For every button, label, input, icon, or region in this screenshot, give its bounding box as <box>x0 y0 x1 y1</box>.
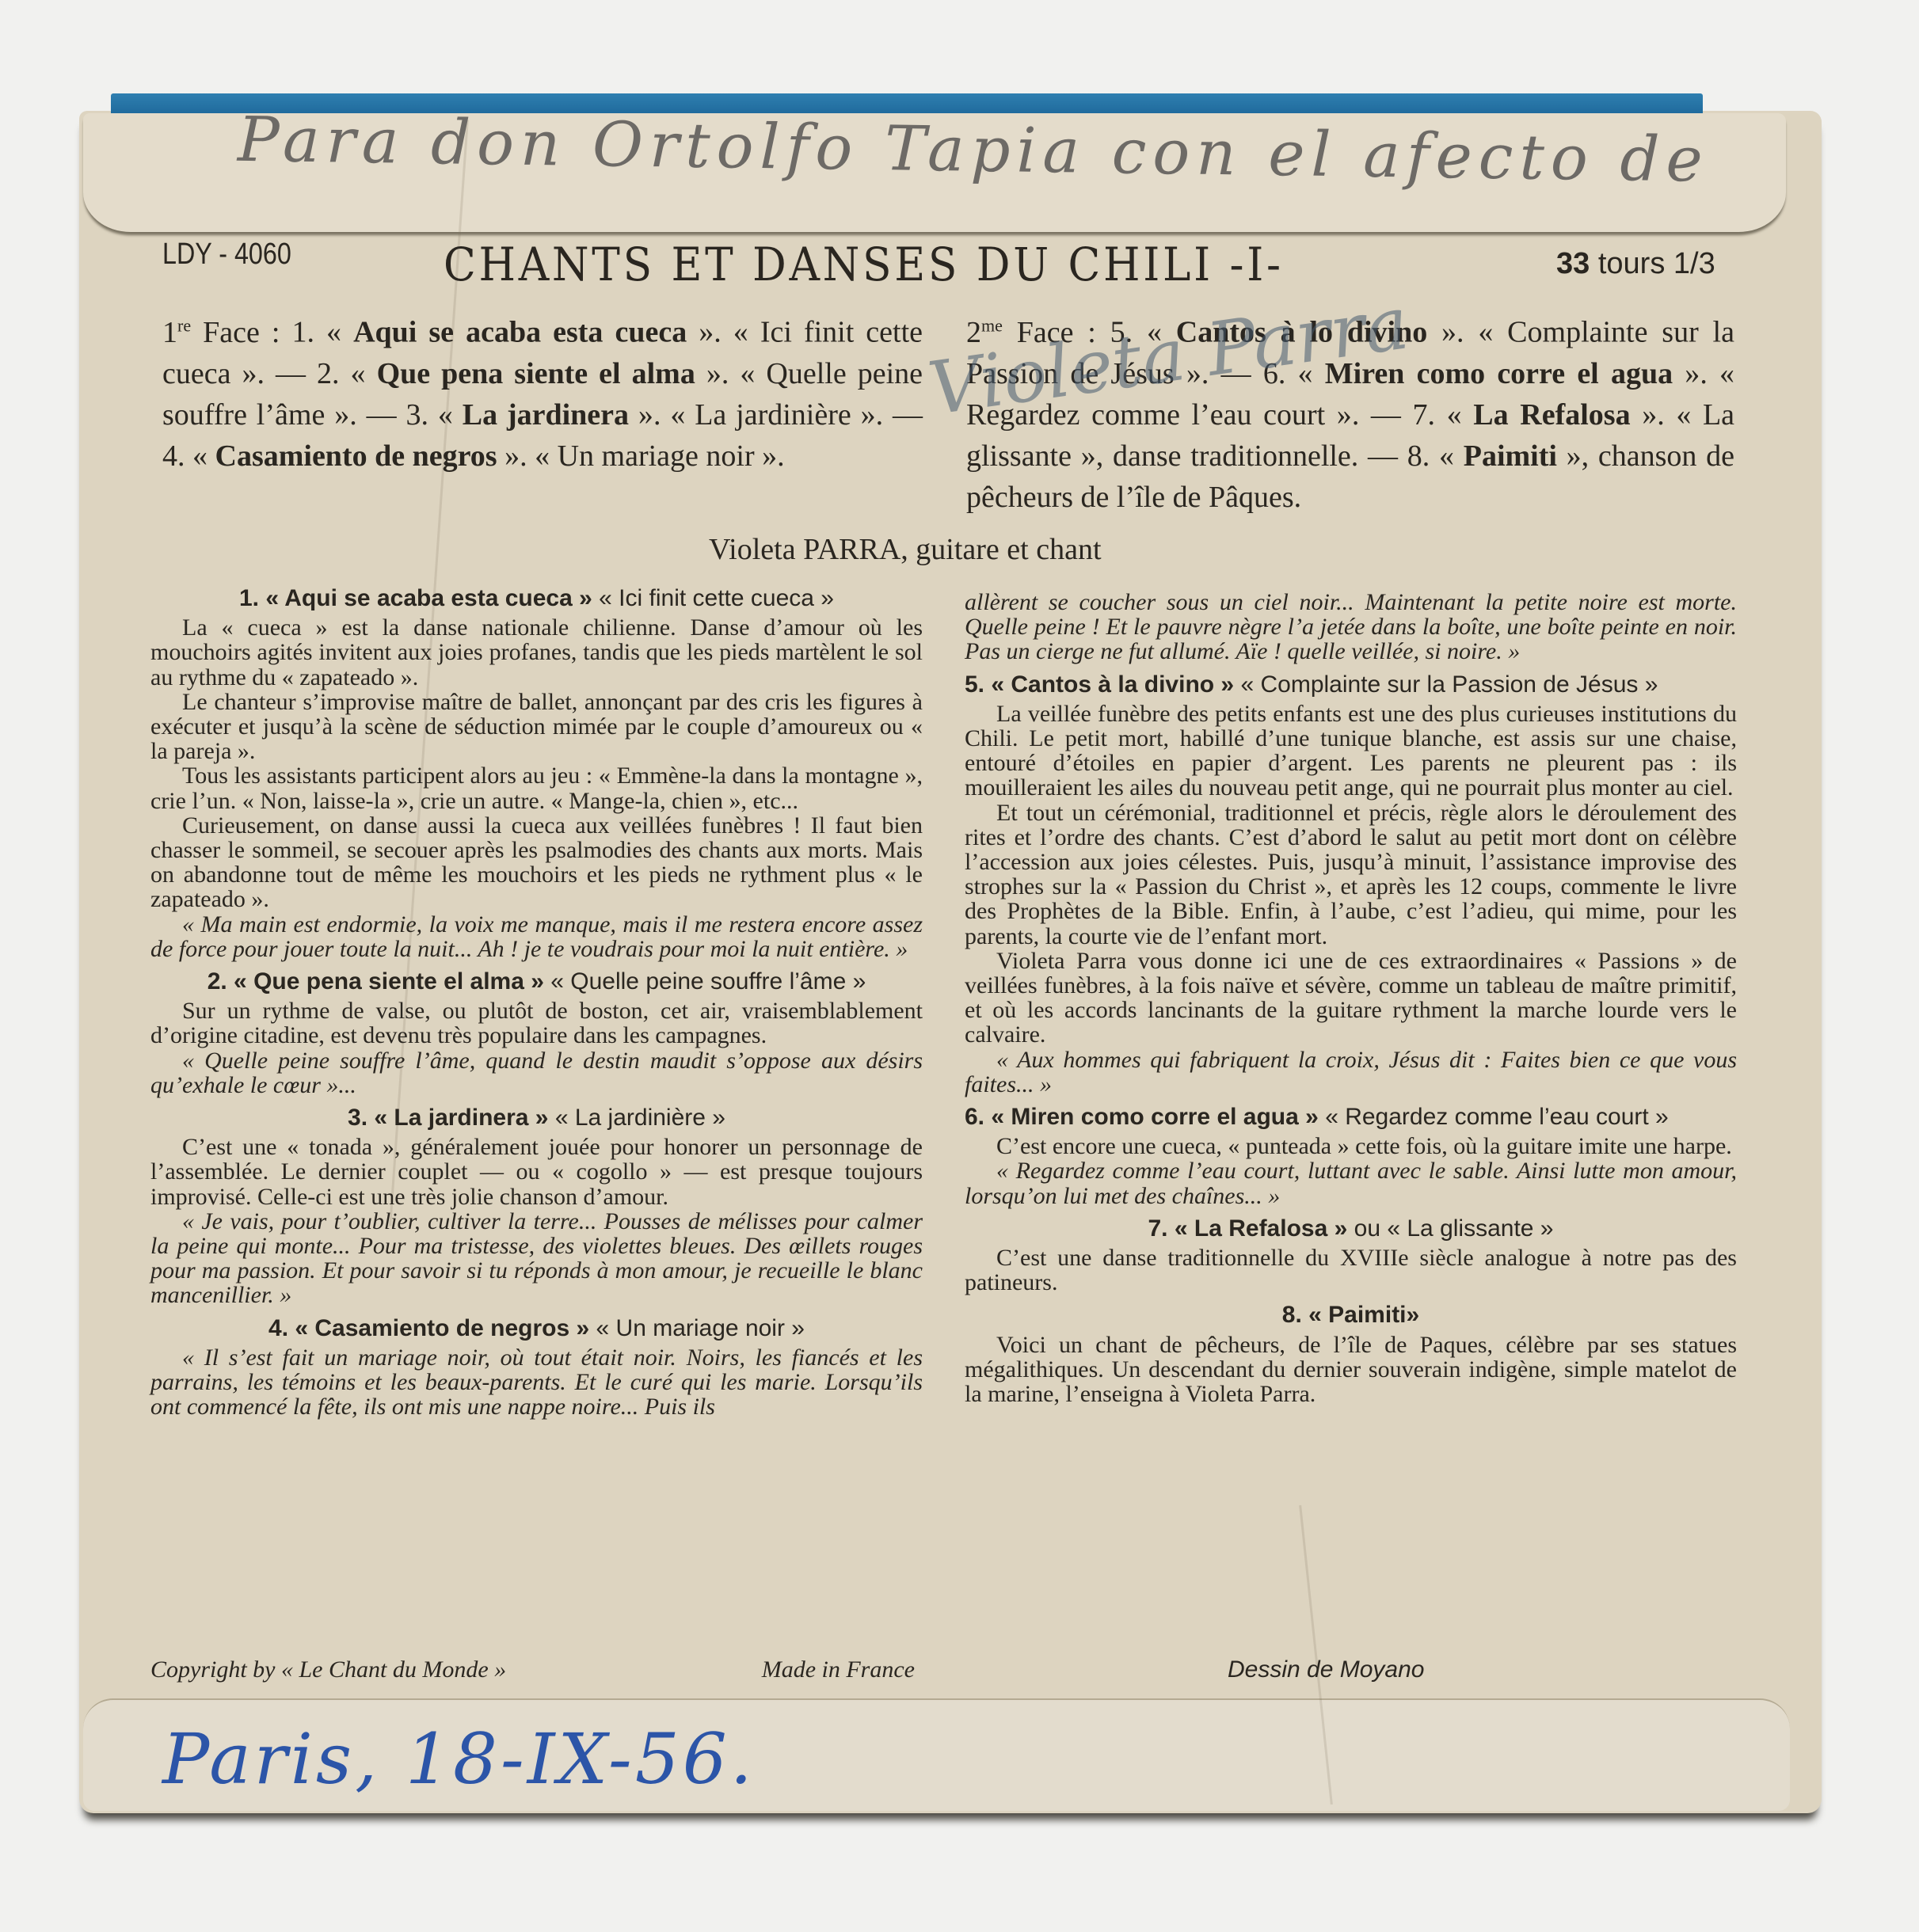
paragraph: Et tout un cérémonial, traditionnel et p… <box>965 801 1737 949</box>
section-heading: 7. « La Refalosa » ou « La glissante » <box>965 1216 1737 1241</box>
section-heading: 3. « La jardinera » « La jardinière » <box>150 1105 923 1130</box>
paragraph: Curieusement, on danse aussi la cueca au… <box>150 813 923 912</box>
side-label: 1re Face : <box>162 316 292 349</box>
catalog-number: LDY - 4060 <box>162 238 291 272</box>
made-in-text: Made in France <box>762 1656 915 1683</box>
paragraph: Violeta Parra vous donne ici une de ces … <box>965 949 1737 1048</box>
lyric-quote: « Aux hommes qui fabriquent la croix, Jé… <box>965 1048 1737 1097</box>
speed-text: tours 1/3 <box>1598 247 1715 280</box>
copyright-text: Copyright by « Le Chant du Monde » <box>150 1656 506 1683</box>
paragraph: Sur un rythme de valse, ou plutôt de bos… <box>150 998 923 1048</box>
side-label: 2me Face : <box>966 316 1110 349</box>
paragraph: Tous les assistants participent alors au… <box>150 763 923 812</box>
lyric-quote: « Quelle peine souffre l’âme, quand le d… <box>150 1048 923 1097</box>
section-heading: 8. « Paimiti» <box>965 1303 1737 1327</box>
lyric-quote: « Ma main est endormie, la voix me manqu… <box>150 912 923 961</box>
paragraph: La veillée funèbre des petits enfants es… <box>965 702 1737 801</box>
record-speed: 33 tours 1/3 <box>1556 247 1715 281</box>
liner-notes-left-column: 1. « Aqui se acaba esta cueca » « Ici fi… <box>150 578 923 1420</box>
track-item: — 3. « La jardinera ». « La jardinière »… <box>357 398 883 432</box>
paragraph: Le chanteur s’improvise maître de ballet… <box>150 690 923 764</box>
section-heading: 6. « Miren como corre el agua » « Regard… <box>965 1105 1737 1129</box>
section-heading: 2. « Que pena siente el alma » « Quelle … <box>150 969 923 994</box>
paragraph: Voici un chant de pêcheurs, de l’île de … <box>965 1333 1737 1407</box>
paragraph: La « cueca » est la danse nationale chil… <box>150 615 923 690</box>
section-heading: 5. « Cantos à la divino » « Complainte s… <box>965 672 1737 697</box>
section-heading: 4. « Casamiento de negros » « Un mariage… <box>150 1316 923 1341</box>
side-one-tracklist: 1re Face : 1. « Aqui se acaba esta cueca… <box>162 305 923 477</box>
speed-number: 33 <box>1556 247 1590 280</box>
section-heading: 1. « Aqui se acaba esta cueca » « Ici fi… <box>150 586 923 610</box>
album-title: CHANTS ET DANSES DU CHILI -I- <box>444 238 1284 291</box>
copyright-line: Copyright by « Le Chant du Monde » Made … <box>150 1656 915 1683</box>
paragraph: C’est une danse traditionnelle du XVIIIe… <box>965 1246 1737 1295</box>
performer-credit: Violeta PARRA, guitare et chant <box>709 532 1102 567</box>
illustration-credit: Dessin de Moyano <box>1228 1656 1424 1683</box>
lyric-quote-continued: allèrent se coucher sous un ciel noir...… <box>965 590 1737 664</box>
lyric-quote: « Il s’est fait un mariage noir, où tout… <box>150 1345 923 1420</box>
side-two-tracklist: 2me Face : 5. « Cantos à lo divino ». « … <box>966 305 1734 518</box>
lyric-quote: « Regardez comme l’eau court, luttant av… <box>965 1158 1737 1207</box>
handwritten-date: Paris, 18-IX-56. <box>162 1718 756 1800</box>
liner-notes-right-column: allèrent se coucher sous un ciel noir...… <box>965 590 1737 1406</box>
paragraph: C’est une « tonada », généralement jouée… <box>150 1135 923 1209</box>
paragraph: C’est encore une cueca, « punteada » cet… <box>965 1134 1737 1158</box>
lyric-quote: « Je vais, pour t’oublier, cultiver la t… <box>150 1209 923 1308</box>
